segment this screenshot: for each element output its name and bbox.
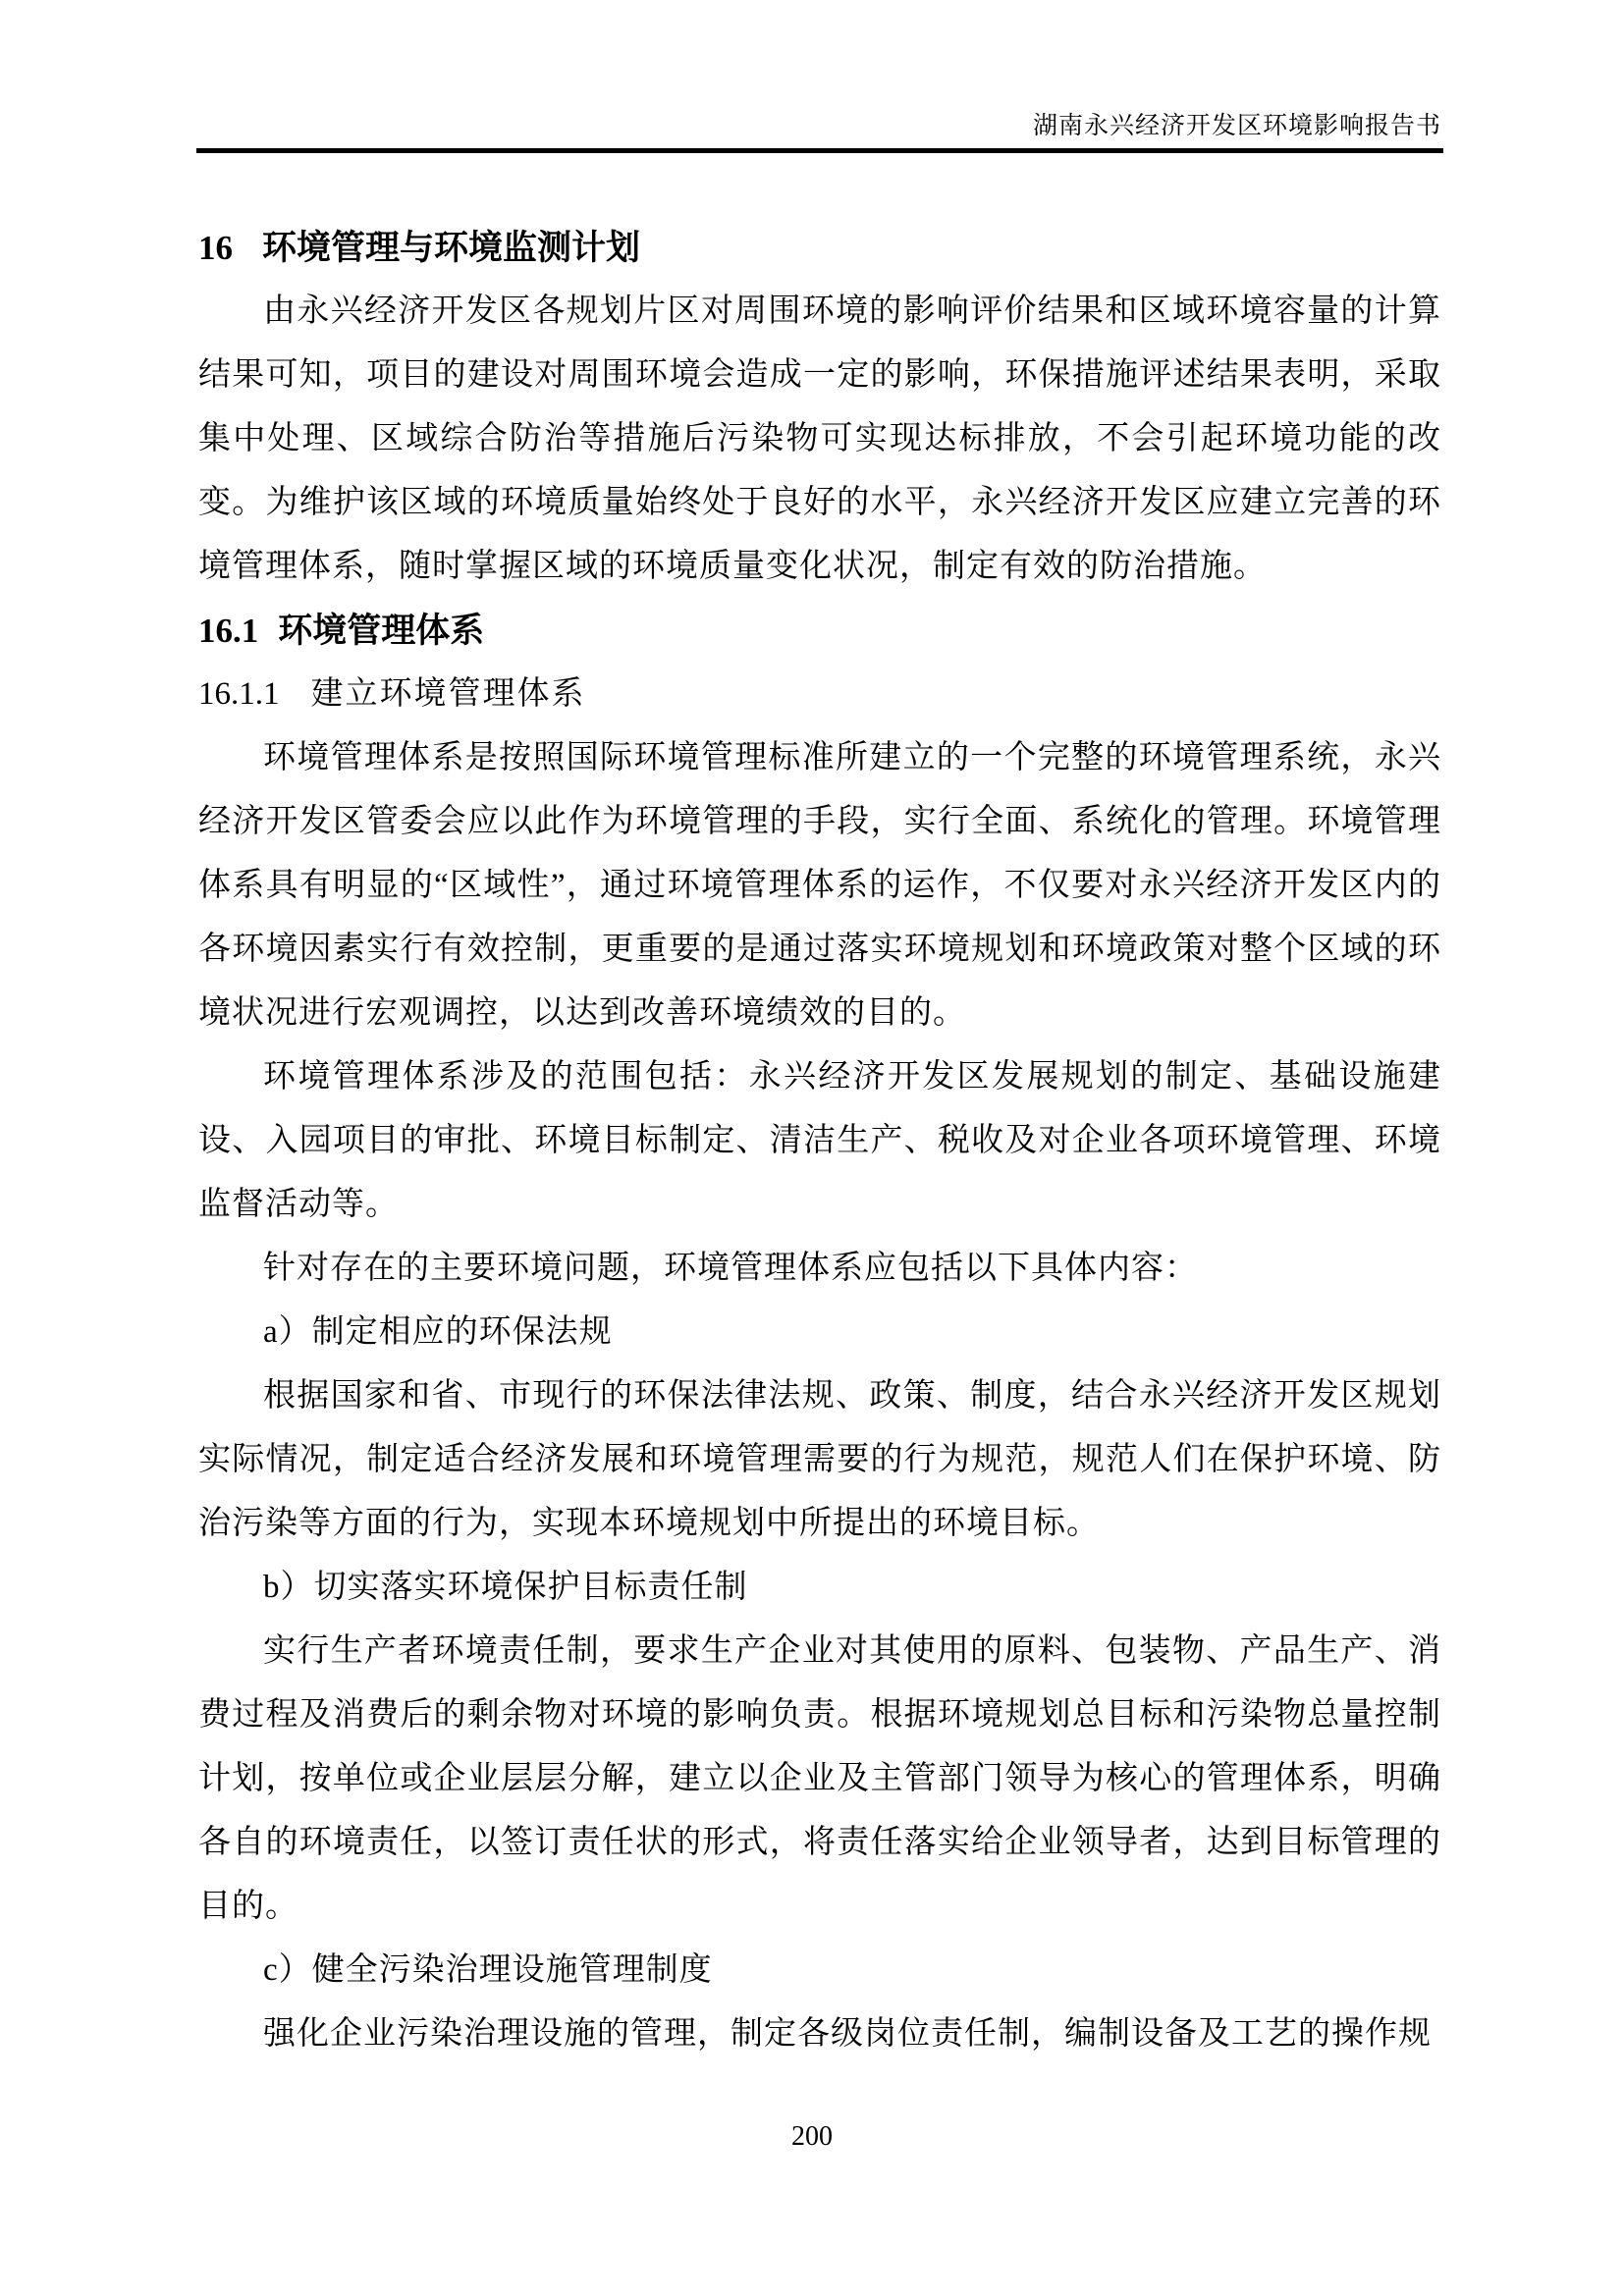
section-number: 16.1 xyxy=(198,612,258,650)
document-body: 16环境管理与环境监测计划 由永兴经济开发区各规划片区对周围环境的影响评价结果和… xyxy=(198,216,1441,2066)
running-header: 湖南永兴经济开发区环境影响报告书 xyxy=(198,110,1441,143)
subsection-number: 16.1.1 xyxy=(198,676,280,712)
chapter-number: 16 xyxy=(198,229,233,267)
list-item-a-heading: a）制定相应的环保法规 xyxy=(198,1301,1441,1364)
document-page: 湖南永兴经济开发区环境影响报告书 16环境管理与环境监测计划 由永兴经济开发区各… xyxy=(0,0,1624,2296)
chapter-title: 环境管理与环境监测计划 xyxy=(262,229,640,267)
list-item-c-body: 强化企业污染治理设施的管理，制定各级岗位责任制，编制设备及工艺的操作规 xyxy=(198,2002,1441,2066)
section-title: 环境管理体系 xyxy=(278,612,484,650)
paragraph-scope: 环境管理体系涉及的范围包括：永兴经济开发区发展规划的制定、基础设施建设、入园项目… xyxy=(198,1045,1441,1237)
subsection-title: 建立环境管理体系 xyxy=(311,676,586,712)
list-item-c-heading: c）健全污染治理设施管理制度 xyxy=(198,1939,1441,2002)
page-number: 200 xyxy=(0,2120,1624,2154)
header-rule-divider xyxy=(196,148,1443,153)
chapter-heading: 16环境管理与环境监测计划 xyxy=(198,216,1441,280)
paragraph-intro: 由永兴经济开发区各规划片区对周围环境的影响评价结果和区域环境容量的计算结果可知，… xyxy=(198,280,1441,599)
list-item-a-body: 根据国家和省、市现行的环保法律法规、政策、制度，结合永兴经济开发区规划实际情况，… xyxy=(198,1364,1441,1556)
paragraph-lead-in: 针对存在的主要环境问题，环境管理体系应包括以下具体内容： xyxy=(198,1237,1441,1301)
list-item-b-body: 实行生产者环境责任制，要求生产企业对其使用的原料、包装物、产品生产、消费过程及消… xyxy=(198,1620,1441,1939)
section-heading: 16.1环境管理体系 xyxy=(198,599,1441,663)
paragraph-system-overview: 环境管理体系是按照国际环境管理标准所建立的一个完整的环境管理系统，永兴经济开发区… xyxy=(198,726,1441,1045)
list-item-b-heading: b）切实落实环境保护目标责任制 xyxy=(198,1556,1441,1620)
subsection-heading: 16.1.1建立环境管理体系 xyxy=(198,663,1441,726)
